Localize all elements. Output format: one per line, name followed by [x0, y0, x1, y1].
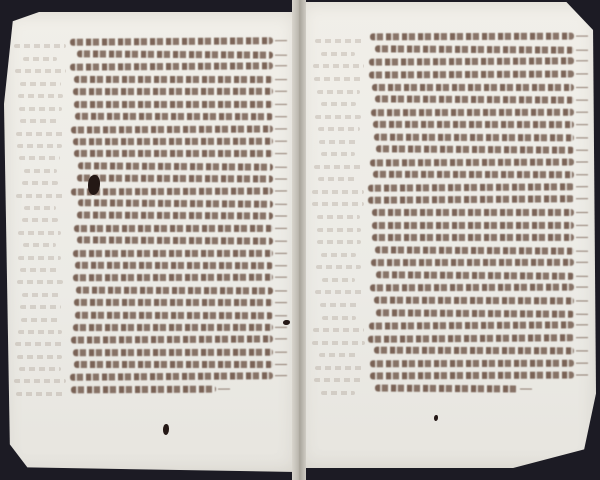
- bleed-through-line: [319, 353, 357, 357]
- bleed-through-line: [20, 82, 61, 86]
- bleed-through-line: [317, 215, 360, 219]
- handwritten-line: [73, 349, 273, 357]
- handwritten-line: [73, 88, 273, 95]
- handwritten-line: [71, 386, 216, 394]
- handwritten-line: [374, 134, 574, 142]
- handwritten-line: [77, 175, 273, 183]
- handwritten-line: [370, 159, 574, 167]
- document-description: Open bound register, two facing pages of…: [0, 0, 1, 1]
- bleed-through-line: [319, 140, 358, 144]
- bleed-through-line: [320, 303, 358, 307]
- handwritten-line: [374, 347, 574, 355]
- bleed-through-line: [20, 268, 59, 272]
- bleed-through-line: [312, 202, 364, 206]
- handwritten-line: [71, 187, 273, 195]
- bleed-through-line: [21, 318, 60, 322]
- handwritten-line: [71, 125, 273, 133]
- handwritten-line: [376, 145, 574, 153]
- bleed-through-line: [16, 392, 65, 396]
- bleed-through-line: [314, 378, 363, 382]
- bleed-through-line: [23, 243, 56, 247]
- handwritten-line: [74, 299, 273, 306]
- bleed-through-line: [321, 102, 356, 106]
- handwritten-line: [73, 250, 273, 257]
- handwritten-line: [372, 209, 574, 216]
- bleed-through-line: [14, 379, 66, 383]
- bleed-through-line: [18, 256, 61, 260]
- bleed-through-line: [16, 132, 65, 136]
- handwritten-line: [375, 246, 574, 254]
- handwritten-line: [370, 284, 574, 292]
- bleed-through-line: [16, 194, 64, 198]
- bleed-through-line: [321, 391, 355, 395]
- handwritten-line: [368, 183, 574, 191]
- handwritten-line: [370, 33, 574, 41]
- bleed-through-line: [15, 69, 66, 73]
- bleed-through-line: [24, 206, 56, 210]
- handwritten-line: [73, 324, 273, 331]
- bleed-through-line: [315, 115, 361, 119]
- handwritten-line: [369, 57, 574, 65]
- handwritten-line: [375, 385, 518, 393]
- bleed-through-line: [312, 190, 364, 194]
- handwritten-line: [71, 335, 273, 343]
- handwritten-line: [370, 360, 574, 368]
- handwritten-line: [373, 121, 574, 128]
- bleed-through-line: [18, 231, 61, 235]
- handwritten-line: [369, 70, 574, 78]
- handwritten-line: [77, 212, 273, 220]
- bleed-through-line: [24, 169, 57, 173]
- bleed-through-line: [17, 280, 63, 284]
- bleed-through-line: [312, 341, 365, 345]
- bleed-through-line: [315, 366, 362, 370]
- handwritten-line: [78, 162, 273, 170]
- bleed-through-line: [15, 342, 64, 346]
- bleed-through-line: [19, 107, 62, 111]
- bleed-through-line: [315, 290, 363, 294]
- bleed-through-line: [22, 181, 58, 185]
- handwritten-line: [369, 321, 574, 329]
- book-gutter: [292, 0, 306, 480]
- handwritten-line: [73, 138, 273, 146]
- handwritten-line: [371, 109, 574, 116]
- handwritten-line: [74, 76, 273, 83]
- bleed-through-line: [19, 156, 60, 160]
- handwritten-line: [75, 113, 273, 120]
- handwritten-line: [75, 262, 273, 269]
- right-page-label: Right page (recto): [0, 0, 1, 1]
- bleed-through-line: [317, 90, 360, 94]
- handwritten-line: [376, 309, 574, 317]
- handwritten-line: [74, 101, 273, 108]
- bleed-through-line: [318, 177, 358, 181]
- bleed-through-line: [20, 119, 59, 123]
- bleed-through-line: [322, 278, 355, 282]
- handwritten-line: [74, 361, 273, 368]
- handwritten-line: [375, 95, 574, 103]
- bleed-through-line: [314, 77, 364, 81]
- bleed-through-line: [22, 293, 59, 297]
- bleed-through-line: [317, 240, 361, 244]
- bleed-through-line: [313, 328, 364, 332]
- handwritten-line: [373, 171, 574, 178]
- handwritten-line: [371, 259, 574, 266]
- bleed-through-line: [19, 367, 61, 371]
- handwritten-line: [77, 236, 273, 244]
- handwritten-line: [77, 50, 273, 58]
- bleed-through-line: [14, 44, 66, 48]
- handwritten-line: [368, 195, 574, 204]
- bleed-through-line: [313, 64, 364, 68]
- handwritten-line: [74, 225, 273, 232]
- bleed-through-line: [17, 355, 62, 359]
- bleed-through-line: [17, 144, 62, 148]
- handwritten-line: [370, 372, 574, 380]
- transcription-note: Handwritten text is not transcribed; con…: [0, 0, 1, 1]
- handwritten-line: [74, 150, 273, 157]
- handwritten-line: [70, 62, 273, 70]
- bleed-through-line: [18, 330, 62, 334]
- handwritten-line: [372, 84, 574, 91]
- bleed-through-line: [314, 165, 363, 169]
- left-page-label: Left page (verso): [0, 0, 1, 1]
- handwritten-line: [372, 234, 574, 241]
- bleed-through-line: [321, 152, 355, 156]
- handwritten-line: [375, 45, 574, 53]
- handwritten-line: [76, 287, 273, 295]
- handwritten-line: [73, 274, 273, 282]
- bleed-through-line: [318, 127, 360, 131]
- bleed-through-line: [20, 305, 61, 309]
- bleed-through-line: [315, 39, 363, 43]
- bleed-through-line: [321, 52, 355, 56]
- bleed-through-line: [316, 265, 361, 269]
- bleed-through-line: [317, 228, 361, 232]
- bleed-through-line: [322, 316, 356, 320]
- handwritten-line: [372, 222, 574, 229]
- bleed-through-line: [23, 57, 57, 61]
- handwritten-line: [75, 312, 273, 319]
- handwritten-line: [374, 297, 574, 305]
- bleed-through-line: [22, 218, 58, 222]
- bleed-through-line: [18, 94, 63, 98]
- manuscript-scan: Open bound register, two facing pages of…: [0, 0, 600, 480]
- bleed-through-line: [321, 253, 356, 257]
